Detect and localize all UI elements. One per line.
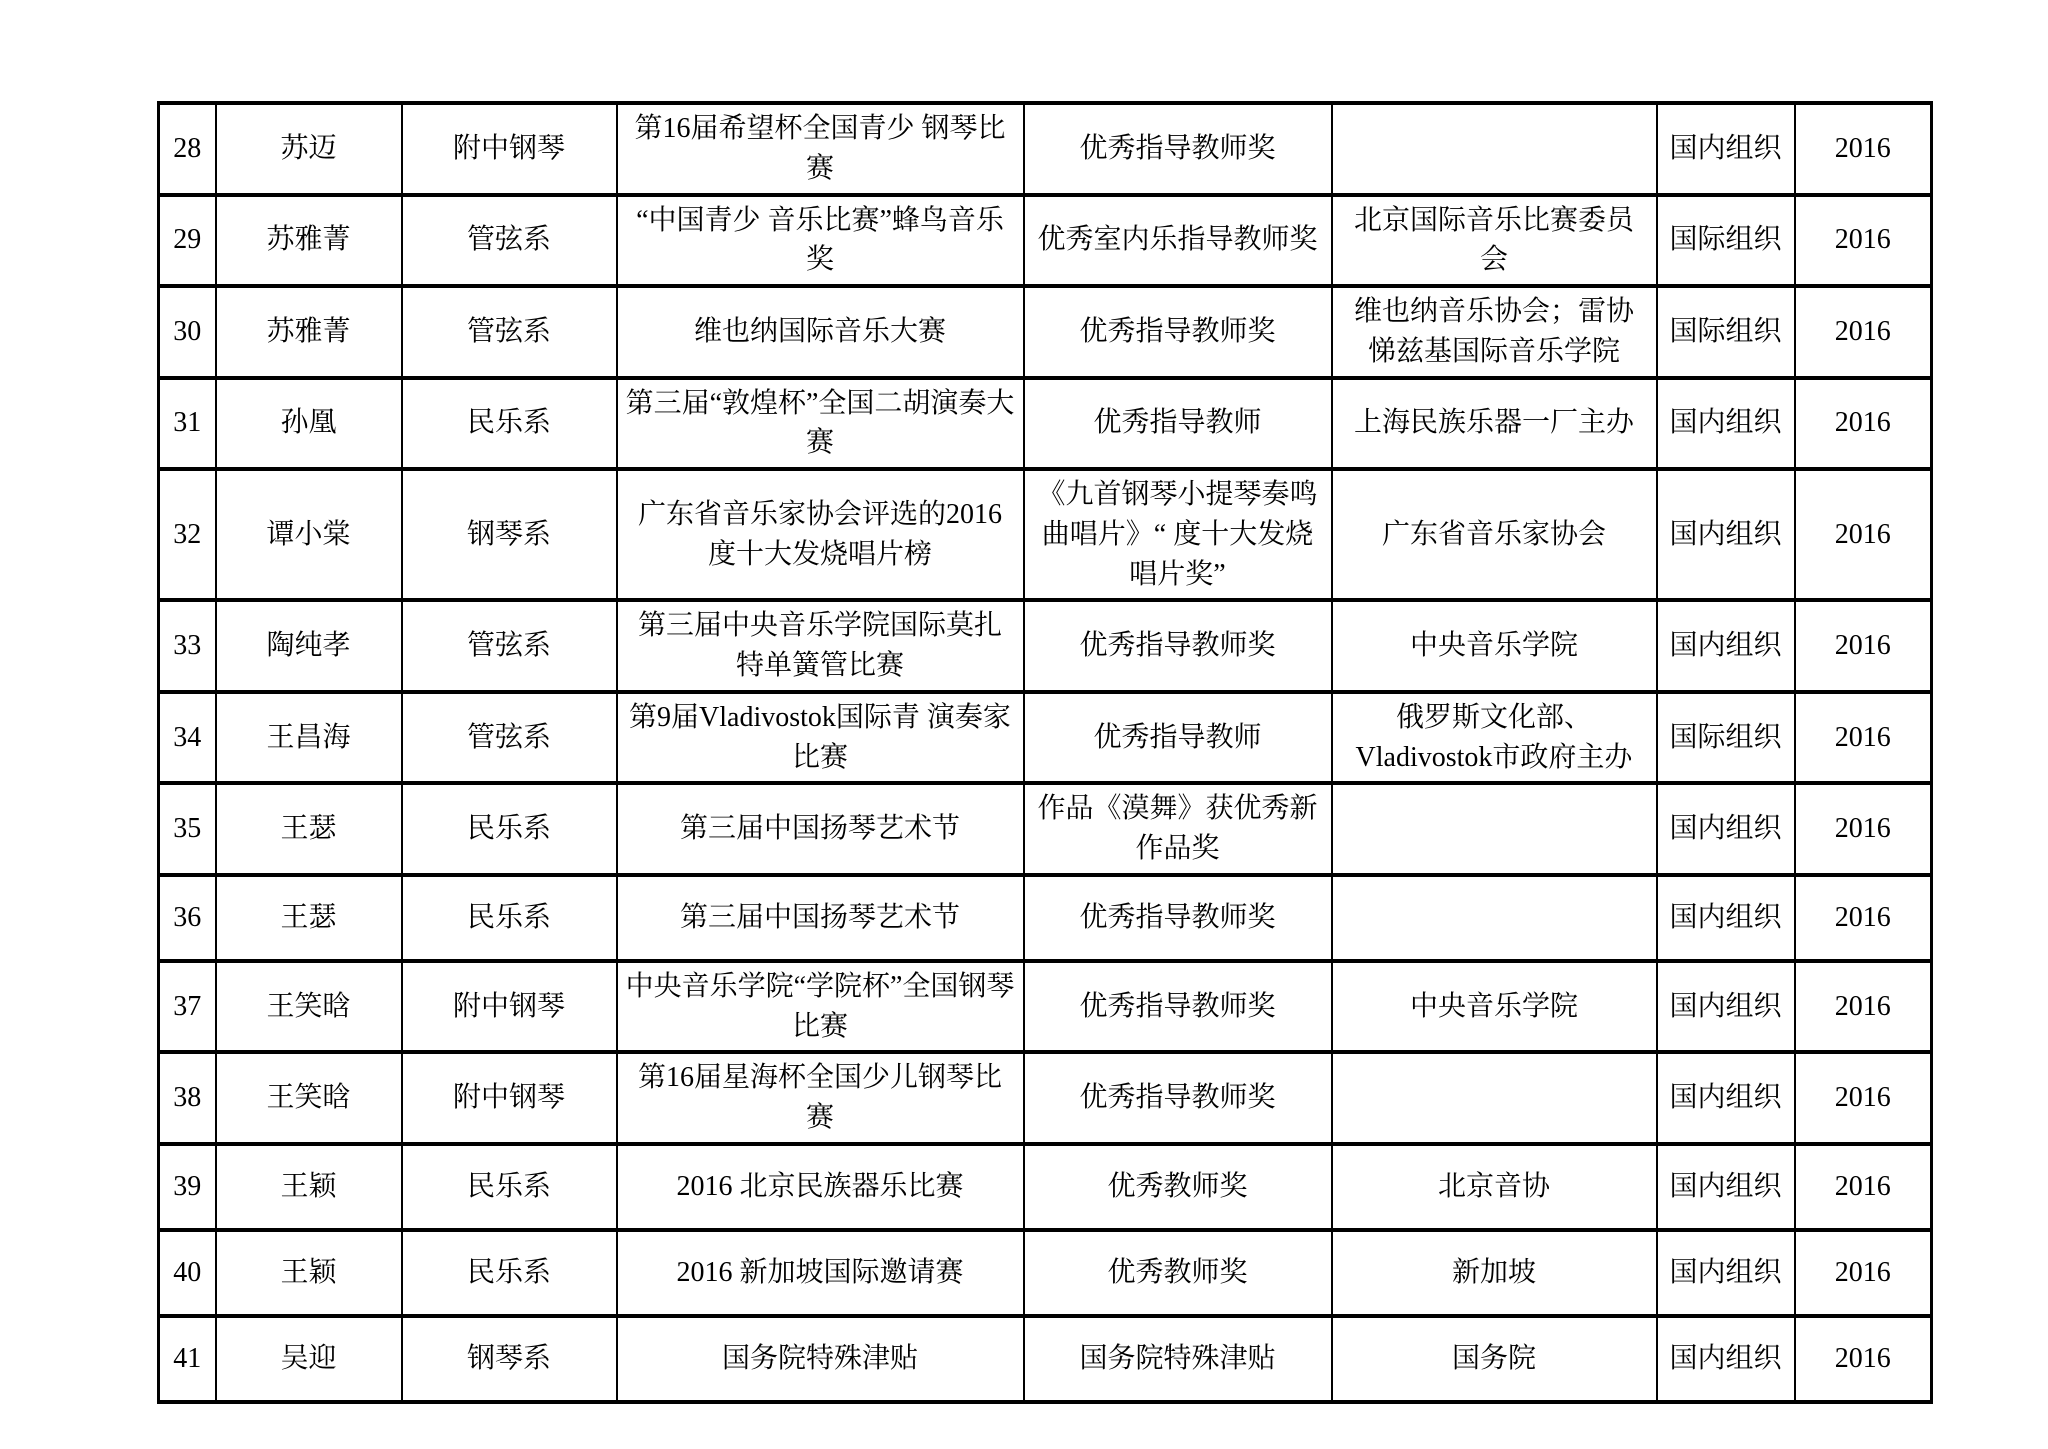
table-row: 34 王昌海 管弦系 第9届Vladivostok国际青 演奏家比赛 优秀指导教… <box>159 692 1932 784</box>
cell-year: 2016 <box>1795 783 1932 875</box>
cell-year: 2016 <box>1795 195 1932 287</box>
cell-department: 民乐系 <box>402 875 617 961</box>
cell-name: 苏雅菁 <box>216 286 402 378</box>
cell-organizer: 新加坡 <box>1332 1230 1657 1316</box>
cell-org-type: 国内组织 <box>1657 961 1795 1053</box>
cell-organizer: 国务院 <box>1332 1316 1657 1402</box>
cell-award: 优秀室内乐指导教师奖 <box>1024 195 1332 287</box>
cell-event: “中国青少 音乐比赛”蜂鸟音乐奖 <box>617 195 1024 287</box>
cell-award: 优秀教师奖 <box>1024 1230 1332 1316</box>
cell-index: 40 <box>159 1230 216 1316</box>
cell-event: 2016 北京民族器乐比赛 <box>617 1144 1024 1230</box>
cell-name: 王颖 <box>216 1230 402 1316</box>
cell-index: 36 <box>159 875 216 961</box>
cell-award: 优秀指导教师奖 <box>1024 286 1332 378</box>
cell-name: 吴迎 <box>216 1316 402 1402</box>
cell-award: 优秀指导教师 <box>1024 692 1332 784</box>
cell-name: 陶纯孝 <box>216 600 402 692</box>
cell-award: 优秀指导教师奖 <box>1024 600 1332 692</box>
cell-award: 作品《漠舞》获优秀新作品奖 <box>1024 783 1332 875</box>
cell-org-type: 国内组织 <box>1657 1316 1795 1402</box>
cell-department: 民乐系 <box>402 1144 617 1230</box>
cell-year: 2016 <box>1795 600 1932 692</box>
cell-org-type: 国内组织 <box>1657 1230 1795 1316</box>
cell-year: 2016 <box>1795 1144 1932 1230</box>
cell-org-type: 国内组织 <box>1657 783 1795 875</box>
cell-org-type: 国内组织 <box>1657 469 1795 600</box>
cell-org-type: 国内组织 <box>1657 378 1795 470</box>
cell-index: 41 <box>159 1316 216 1402</box>
table-row: 29 苏雅菁 管弦系 “中国青少 音乐比赛”蜂鸟音乐奖 优秀室内乐指导教师奖 北… <box>159 195 1932 287</box>
cell-event: 第16届希望杯全国青少 钢琴比赛 <box>617 103 1024 195</box>
cell-department: 管弦系 <box>402 692 617 784</box>
cell-org-type: 国内组织 <box>1657 103 1795 195</box>
table-row: 39 王颖 民乐系 2016 北京民族器乐比赛 优秀教师奖 北京音协 国内组织 … <box>159 1144 1932 1230</box>
cell-organizer: 广东省音乐家协会 <box>1332 469 1657 600</box>
cell-organizer <box>1332 875 1657 961</box>
cell-organizer: 北京音协 <box>1332 1144 1657 1230</box>
cell-organizer: 中央音乐学院 <box>1332 600 1657 692</box>
cell-award: 优秀指导教师 <box>1024 378 1332 470</box>
cell-award: 优秀指导教师奖 <box>1024 103 1332 195</box>
cell-event: 第16届星海杯全国少儿钢琴比赛 <box>617 1052 1024 1144</box>
table-row: 28 苏迈 附中钢琴 第16届希望杯全国青少 钢琴比赛 优秀指导教师奖 国内组织… <box>159 103 1932 195</box>
table-row: 38 王笑晗 附中钢琴 第16届星海杯全国少儿钢琴比赛 优秀指导教师奖 国内组织… <box>159 1052 1932 1144</box>
table-row: 40 王颖 民乐系 2016 新加坡国际邀请赛 优秀教师奖 新加坡 国内组织 2… <box>159 1230 1932 1316</box>
cell-department: 附中钢琴 <box>402 103 617 195</box>
cell-name: 谭小棠 <box>216 469 402 600</box>
cell-organizer: 维也纳音乐协会；雷协悌兹基国际音乐学院 <box>1332 286 1657 378</box>
cell-event: 中央音乐学院“学院杯”全国钢琴比赛 <box>617 961 1024 1053</box>
cell-index: 32 <box>159 469 216 600</box>
cell-index: 33 <box>159 600 216 692</box>
cell-organizer: 中央音乐学院 <box>1332 961 1657 1053</box>
cell-year: 2016 <box>1795 378 1932 470</box>
cell-org-type: 国内组织 <box>1657 600 1795 692</box>
cell-event: 第三届中国扬琴艺术节 <box>617 875 1024 961</box>
cell-name: 王颖 <box>216 1144 402 1230</box>
table-row: 35 王瑟 民乐系 第三届中国扬琴艺术节 作品《漠舞》获优秀新作品奖 国内组织 … <box>159 783 1932 875</box>
table-row: 41 吴迎 钢琴系 国务院特殊津贴 国务院特殊津贴 国务院 国内组织 2016 <box>159 1316 1932 1402</box>
cell-org-type: 国际组织 <box>1657 692 1795 784</box>
cell-award: 优秀指导教师奖 <box>1024 875 1332 961</box>
cell-year: 2016 <box>1795 1052 1932 1144</box>
table-row: 30 苏雅菁 管弦系 维也纳国际音乐大赛 优秀指导教师奖 维也纳音乐协会；雷协悌… <box>159 286 1932 378</box>
cell-organizer: 北京国际音乐比赛委员会 <box>1332 195 1657 287</box>
cell-org-type: 国内组织 <box>1657 1144 1795 1230</box>
table-row: 32 谭小棠 钢琴系 广东省音乐家协会评选的2016 度十大发烧唱片榜 《九首钢… <box>159 469 1932 600</box>
cell-name: 王瑟 <box>216 875 402 961</box>
cell-event: 第三届中央音乐学院国际莫扎特单簧管比赛 <box>617 600 1024 692</box>
cell-year: 2016 <box>1795 103 1932 195</box>
cell-name: 王昌海 <box>216 692 402 784</box>
cell-index: 35 <box>159 783 216 875</box>
cell-year: 2016 <box>1795 469 1932 600</box>
cell-event: 第三届中国扬琴艺术节 <box>617 783 1024 875</box>
cell-name: 孙凰 <box>216 378 402 470</box>
cell-index: 28 <box>159 103 216 195</box>
cell-department: 民乐系 <box>402 783 617 875</box>
cell-year: 2016 <box>1795 286 1932 378</box>
cell-department: 附中钢琴 <box>402 961 617 1053</box>
cell-org-type: 国际组织 <box>1657 286 1795 378</box>
cell-department: 钢琴系 <box>402 469 617 600</box>
table-row: 31 孙凰 民乐系 第三届“敦煌杯”全国二胡演奏大赛 优秀指导教师 上海民族乐器… <box>159 378 1932 470</box>
cell-award: 国务院特殊津贴 <box>1024 1316 1332 1402</box>
cell-event: 维也纳国际音乐大赛 <box>617 286 1024 378</box>
cell-index: 38 <box>159 1052 216 1144</box>
cell-org-type: 国内组织 <box>1657 875 1795 961</box>
cell-year: 2016 <box>1795 692 1932 784</box>
cell-year: 2016 <box>1795 1316 1932 1402</box>
cell-index: 31 <box>159 378 216 470</box>
cell-index: 30 <box>159 286 216 378</box>
cell-department: 钢琴系 <box>402 1316 617 1402</box>
cell-event: 国务院特殊津贴 <box>617 1316 1024 1402</box>
cell-organizer <box>1332 1052 1657 1144</box>
cell-organizer: 上海民族乐器一厂主办 <box>1332 378 1657 470</box>
cell-department: 管弦系 <box>402 600 617 692</box>
cell-event: 第9届Vladivostok国际青 演奏家比赛 <box>617 692 1024 784</box>
cell-name: 苏迈 <box>216 103 402 195</box>
cell-department: 管弦系 <box>402 286 617 378</box>
cell-name: 苏雅菁 <box>216 195 402 287</box>
cell-organizer <box>1332 103 1657 195</box>
cell-year: 2016 <box>1795 961 1932 1053</box>
cell-org-type: 国内组织 <box>1657 1052 1795 1144</box>
awards-table-container: 28 苏迈 附中钢琴 第16届希望杯全国青少 钢琴比赛 优秀指导教师奖 国内组织… <box>157 101 1933 1404</box>
cell-event: 第三届“敦煌杯”全国二胡演奏大赛 <box>617 378 1024 470</box>
cell-department: 民乐系 <box>402 378 617 470</box>
cell-award: 优秀指导教师奖 <box>1024 961 1332 1053</box>
cell-department: 附中钢琴 <box>402 1052 617 1144</box>
cell-name: 王笑晗 <box>216 1052 402 1144</box>
cell-award: 《九首钢琴小提琴奏鸣曲唱片》“ 度十大发烧唱片奖” <box>1024 469 1332 600</box>
cell-department: 管弦系 <box>402 195 617 287</box>
cell-organizer: 俄罗斯文化部、Vladivostok市政府主办 <box>1332 692 1657 784</box>
cell-index: 37 <box>159 961 216 1053</box>
cell-name: 王瑟 <box>216 783 402 875</box>
cell-year: 2016 <box>1795 875 1932 961</box>
cell-index: 34 <box>159 692 216 784</box>
cell-event: 广东省音乐家协会评选的2016 度十大发烧唱片榜 <box>617 469 1024 600</box>
cell-department: 民乐系 <box>402 1230 617 1316</box>
document-page: 28 苏迈 附中钢琴 第16届希望杯全国青少 钢琴比赛 优秀指导教师奖 国内组织… <box>0 0 2048 1449</box>
cell-award: 优秀教师奖 <box>1024 1144 1332 1230</box>
table-row: 33 陶纯孝 管弦系 第三届中央音乐学院国际莫扎特单簧管比赛 优秀指导教师奖 中… <box>159 600 1932 692</box>
awards-table: 28 苏迈 附中钢琴 第16届希望杯全国青少 钢琴比赛 优秀指导教师奖 国内组织… <box>157 101 1933 1404</box>
table-row: 37 王笑晗 附中钢琴 中央音乐学院“学院杯”全国钢琴比赛 优秀指导教师奖 中央… <box>159 961 1932 1053</box>
cell-year: 2016 <box>1795 1230 1932 1316</box>
cell-org-type: 国际组织 <box>1657 195 1795 287</box>
cell-event: 2016 新加坡国际邀请赛 <box>617 1230 1024 1316</box>
table-row: 36 王瑟 民乐系 第三届中国扬琴艺术节 优秀指导教师奖 国内组织 2016 <box>159 875 1932 961</box>
cell-name: 王笑晗 <box>216 961 402 1053</box>
cell-index: 39 <box>159 1144 216 1230</box>
cell-organizer <box>1332 783 1657 875</box>
cell-award: 优秀指导教师奖 <box>1024 1052 1332 1144</box>
cell-index: 29 <box>159 195 216 287</box>
